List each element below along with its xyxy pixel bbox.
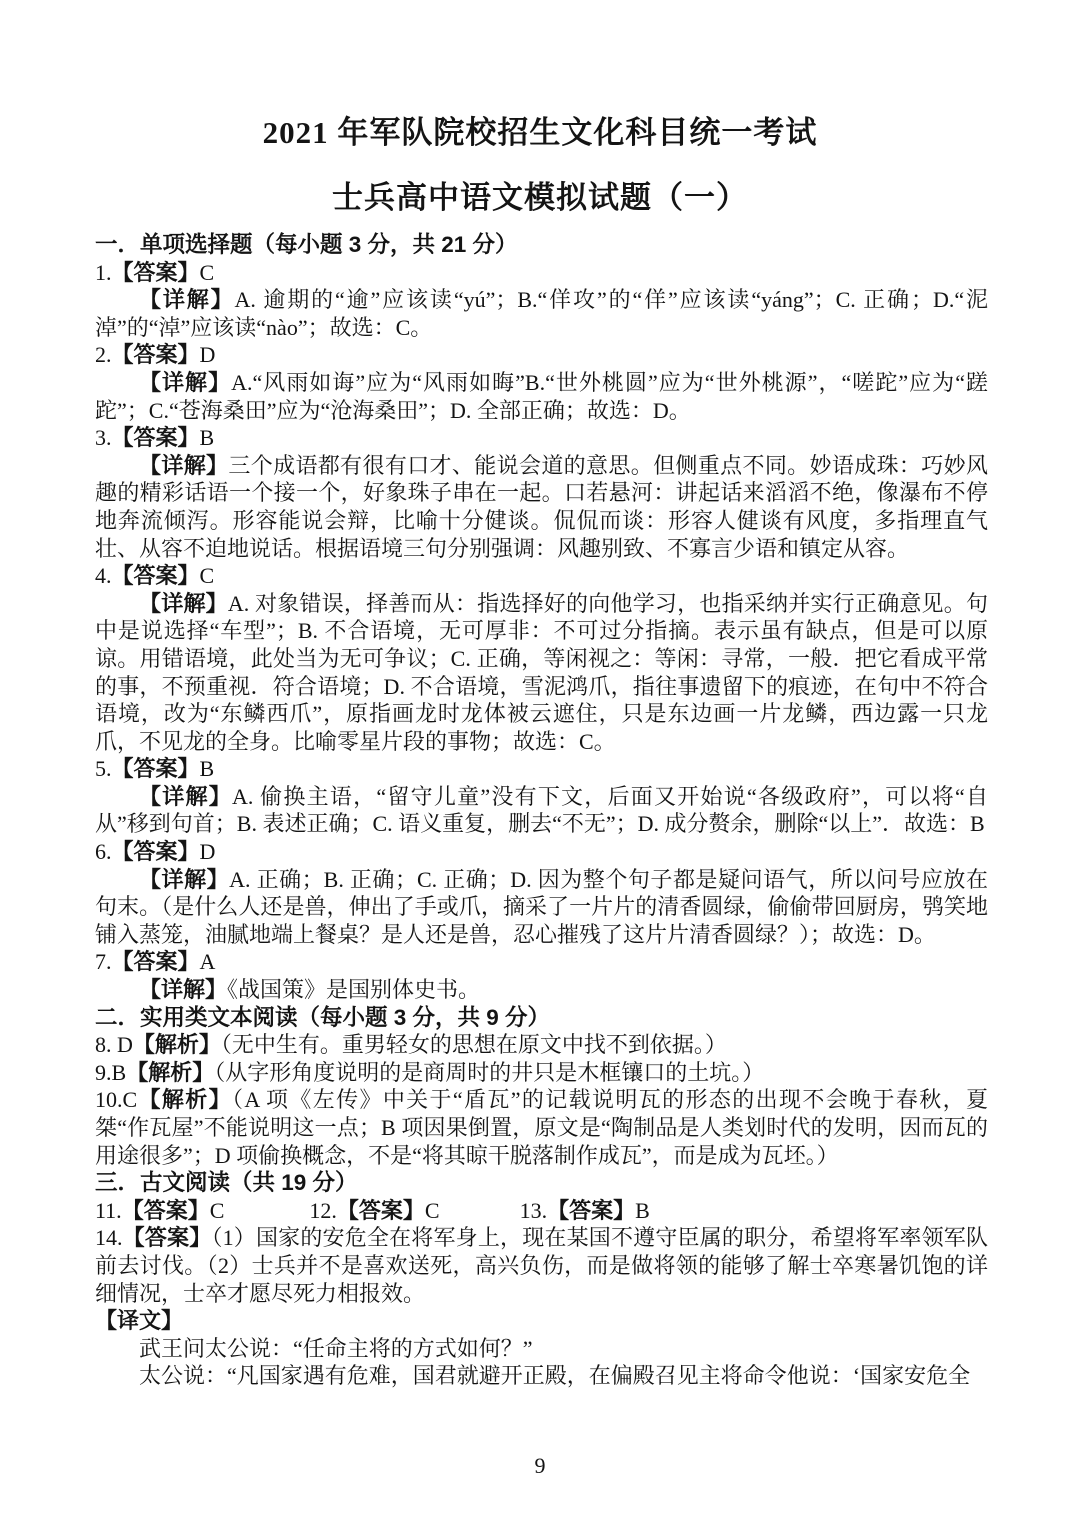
- text-run: （无中生有。重男轻女的思想在原文中找不到依据。）: [221, 1032, 727, 1057]
- bold-run: 【解析】: [133, 1032, 221, 1057]
- text-run: 9.B: [95, 1060, 126, 1085]
- text-run: （1）国家的安危全在将军身上，现在某国不遵守臣属的职分，希望将军率领军队前去讨伐…: [95, 1225, 988, 1305]
- answer-line-14: 14.【答案】（1）国家的安危全在将军身上，现在某国不遵守臣属的职分，希望将军率…: [95, 1224, 988, 1307]
- bold-run: 【答案】: [112, 949, 200, 974]
- bold-run: 【解析】: [137, 1087, 232, 1112]
- text-run: 2.: [95, 342, 112, 367]
- text-run: 5.: [95, 756, 112, 781]
- section-heading-2: 二．实用类文本阅读（每小题 3 分，共 9 分）: [95, 1004, 988, 1032]
- answer-line-7: 7.【答案】A: [95, 948, 988, 976]
- document-title: 2021 年军队院校招生文化科目统一考试: [0, 114, 1080, 152]
- bold-run: 【解析】: [126, 1060, 214, 1085]
- translation-label: 【译文】: [95, 1307, 988, 1335]
- translation-para-1: 武王问太公说：“任命主将的方式如何？”: [95, 1335, 988, 1363]
- text-run: 《战国策》是国别体史书。: [227, 977, 480, 1002]
- bold-run: 【答案】: [112, 839, 200, 864]
- document-page: 2021 年军队院校招生文化科目统一考试 士兵高中语文模拟试题（一） 一．单项选…: [0, 0, 1080, 1526]
- text-run: （从字形角度说明的是商周时的井只是木框镶口的土坑。）: [214, 1060, 764, 1085]
- detail-5: 【详解】A. 偷换主语，“留守儿童”没有下文，后面又开始说“各级政府”，可以将“…: [95, 783, 988, 838]
- text-run: 武王问太公说：“任命主将的方式如何？”: [139, 1336, 533, 1361]
- text-run: C: [210, 1198, 225, 1223]
- text-run: 7.: [95, 949, 112, 974]
- answer-line-9: 9.B【解析】（从字形角度说明的是商周时的井只是木框镶口的土坑。）: [95, 1059, 988, 1087]
- text-run: 6.: [95, 839, 112, 864]
- bold-run: 【详解】: [139, 287, 235, 312]
- bold-run: 【答案】: [123, 1225, 212, 1250]
- bold-run: 三．古文阅读（共 19 分）: [95, 1170, 358, 1195]
- text-run: 14.: [95, 1225, 123, 1250]
- bold-run: 【详解】: [139, 867, 229, 892]
- text-run: 11.: [95, 1198, 122, 1223]
- spacer: [224, 1217, 309, 1218]
- bold-run: 【详解】: [139, 591, 228, 616]
- section-heading-1: 一．单项选择题（每小题 3 分，共 21 分）: [95, 231, 988, 259]
- answer-line-5: 5.【答案】B: [95, 755, 988, 783]
- text-run: 12.: [309, 1198, 337, 1223]
- detail-6: 【详解】A. 正确；B. 正确；C. 正确；D. 因为整个句子都是疑问语气，所以…: [95, 866, 988, 949]
- text-run: 4.: [95, 563, 112, 588]
- bold-run: 【答案】: [112, 563, 200, 588]
- bold-run: 【答案】: [112, 756, 200, 781]
- bold-run: 【答案】: [112, 342, 200, 367]
- bold-run: 【详解】: [139, 784, 232, 809]
- bold-run: 【详解】: [139, 453, 228, 478]
- answers-row-11-13: 11.【答案】C12.【答案】C13.【答案】B: [95, 1197, 988, 1225]
- bold-run: 【详解】: [139, 370, 231, 395]
- text-run: A: [200, 949, 216, 974]
- answer-line-6: 6.【答案】D: [95, 838, 988, 866]
- text-run: 10.C: [95, 1087, 137, 1112]
- detail-7: 【详解】《战国策》是国别体史书。: [95, 976, 988, 1004]
- text-run: 8. D: [95, 1032, 133, 1057]
- bold-run: 【详解】: [139, 977, 227, 1002]
- text-run: C: [200, 563, 215, 588]
- document-body: 一．单项选择题（每小题 3 分，共 21 分）1.【答案】C【详解】A. 逾期的…: [95, 231, 988, 1390]
- text-run: 13.: [520, 1198, 548, 1223]
- text-run: 太公说：“凡国家遇有危难，国君就避开正殿，在偏殿召见主将命令他说：‘国家安危全: [139, 1363, 970, 1388]
- text-run: A. 对象错误，择善而从：指选择好的向他学习，也指采纳并实行正确意见。句中是说选…: [95, 591, 988, 754]
- section-heading-3: 三．古文阅读（共 19 分）: [95, 1169, 988, 1197]
- bold-run: 【答案】: [112, 260, 200, 285]
- detail-2: 【详解】A.“风雨如诲”应为“风雨如晦”B.“世外桃圆”应为“世外桃源”，“嗟跎…: [95, 369, 988, 424]
- document-subtitle: 士兵高中语文模拟试题（一）: [0, 179, 1080, 217]
- answer-line-4: 4.【答案】C: [95, 562, 988, 590]
- text-run: B: [635, 1198, 650, 1223]
- text-run: C: [200, 260, 215, 285]
- text-run: D: [200, 342, 216, 367]
- bold-run: 【答案】: [112, 425, 200, 450]
- bold-run: 一．单项选择题（每小题 3 分，共 21 分）: [95, 232, 518, 257]
- text-run: D: [200, 839, 216, 864]
- answer-line-1: 1.【答案】C: [95, 259, 988, 287]
- answer-line-3: 3.【答案】B: [95, 424, 988, 452]
- text-run: A. 正确；B. 正确；C. 正确；D. 因为整个句子都是疑问语气，所以问号应放…: [95, 867, 988, 947]
- answer-line-2: 2.【答案】D: [95, 341, 988, 369]
- answer-line-10: 10.C【解析】（A 项《左传》中关于“盾瓦”的记载说明瓦的形态的出现不会晚于春…: [95, 1086, 988, 1169]
- bold-run: 【答案】: [547, 1198, 635, 1223]
- text-run: B: [200, 425, 215, 450]
- text-run: B: [200, 756, 215, 781]
- bold-run: 【译文】: [95, 1308, 183, 1333]
- bold-run: 【答案】: [337, 1198, 425, 1223]
- spacer: [440, 1217, 520, 1218]
- bold-run: 【答案】: [122, 1198, 210, 1223]
- text-run: 1.: [95, 260, 112, 285]
- detail-1: 【详解】A. 逾期的“逾”应该读“yú”；B.“佯攻”的“佯”应该读“yáng”…: [95, 286, 988, 341]
- text-run: 三个成语都有很有口才、能说会道的意思。但侧重点不同。妙语成珠：巧妙风趣的精彩话语…: [95, 453, 988, 561]
- page-number: 9: [0, 1454, 1080, 1478]
- answer-line-8: 8. D【解析】（无中生有。重男轻女的思想在原文中找不到依据。）: [95, 1031, 988, 1059]
- translation-para-2: 太公说：“凡国家遇有危难，国君就避开正殿，在偏殿召见主将命令他说：‘国家安危全: [95, 1362, 988, 1390]
- detail-3: 【详解】三个成语都有很有口才、能说会道的意思。但侧重点不同。妙语成珠：巧妙风趣的…: [95, 452, 988, 562]
- text-run: 3.: [95, 425, 112, 450]
- bold-run: 二．实用类文本阅读（每小题 3 分，共 9 分）: [95, 1005, 550, 1030]
- text-run: C: [425, 1198, 440, 1223]
- detail-4: 【详解】A. 对象错误，择善而从：指选择好的向他学习，也指采纳并实行正确意见。句…: [95, 590, 988, 756]
